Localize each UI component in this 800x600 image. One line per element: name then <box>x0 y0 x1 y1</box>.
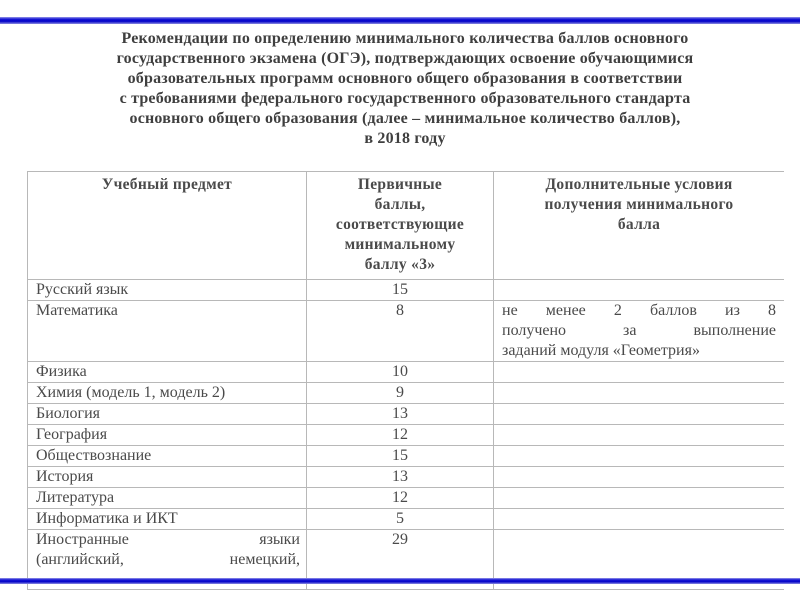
table-row: Литература 12 <box>28 488 785 509</box>
subject-cell: История <box>28 467 307 488</box>
table-row: История 13 <box>28 467 785 488</box>
header-subject: Учебный предмет <box>28 172 307 280</box>
header-primary-score: Первичные баллы, соответствующие минимал… <box>307 172 494 280</box>
condition-cell <box>494 467 785 488</box>
table-row: Информатика и ИКТ 5 <box>28 509 785 530</box>
table-row: География 12 <box>28 425 785 446</box>
condition-cell: не менее 2 баллов из 8 получено за выпол… <box>494 301 785 362</box>
score-cell: 5 <box>307 509 494 530</box>
score-cell: 12 <box>307 488 494 509</box>
title-line: основного общего образования (далее – ми… <box>20 109 790 129</box>
score-cell: 9 <box>307 383 494 404</box>
score-cell: 13 <box>307 404 494 425</box>
score-cell: 13 <box>307 467 494 488</box>
condition-cell <box>494 383 785 404</box>
subject-cell: Физика <box>28 362 307 383</box>
top-blue-rule <box>0 17 800 24</box>
condition-cell <box>494 446 785 467</box>
header-conditions: Дополнительные условия получения минимал… <box>494 172 785 280</box>
condition-cell <box>494 280 785 301</box>
scores-table-container: Учебный предмет Первичные баллы, соответ… <box>27 171 784 591</box>
table-row: Русский язык 15 <box>28 280 785 301</box>
title-line: образовательных программ основного общег… <box>20 69 790 89</box>
table-row: Физика 10 <box>28 362 785 383</box>
condition-cell <box>494 404 785 425</box>
condition-cell <box>494 425 785 446</box>
table-row: Математика 8 не менее 2 баллов из 8 полу… <box>28 301 785 362</box>
table-row: Обществознание 15 <box>28 446 785 467</box>
table-header-row: Учебный предмет Первичные баллы, соответ… <box>28 172 785 280</box>
subject-cell: Информатика и ИКТ <box>28 509 307 530</box>
score-cell: 15 <box>307 280 494 301</box>
subject-cell: География <box>28 425 307 446</box>
score-cell: 15 <box>307 446 494 467</box>
condition-cell <box>494 509 785 530</box>
table-row: Биология 13 <box>28 404 785 425</box>
subject-cell: Биология <box>28 404 307 425</box>
title-line: Рекомендации по определению минимального… <box>20 29 790 49</box>
bottom-blue-rule <box>0 578 800 584</box>
condition-cell <box>494 362 785 383</box>
score-cell: 10 <box>307 362 494 383</box>
score-cell: 8 <box>307 301 494 362</box>
subject-cell: Русский язык <box>28 280 307 301</box>
title-line: с требованиями федерального государствен… <box>20 89 790 109</box>
table-row: Химия (модель 1, модель 2) 9 <box>28 383 785 404</box>
title-line: в 2018 году <box>20 129 790 149</box>
title-line: государственного экзамена (ОГЭ), подтвер… <box>20 49 790 69</box>
scores-table: Учебный предмет Первичные баллы, соответ… <box>27 171 784 590</box>
subject-cell: Химия (модель 1, модель 2) <box>28 383 307 404</box>
subject-cell: Обществознание <box>28 446 307 467</box>
subject-cell: Математика <box>28 301 307 362</box>
subject-cell: Литература <box>28 488 307 509</box>
score-cell: 12 <box>307 425 494 446</box>
document-title: Рекомендации по определению минимального… <box>20 29 790 149</box>
condition-cell <box>494 488 785 509</box>
